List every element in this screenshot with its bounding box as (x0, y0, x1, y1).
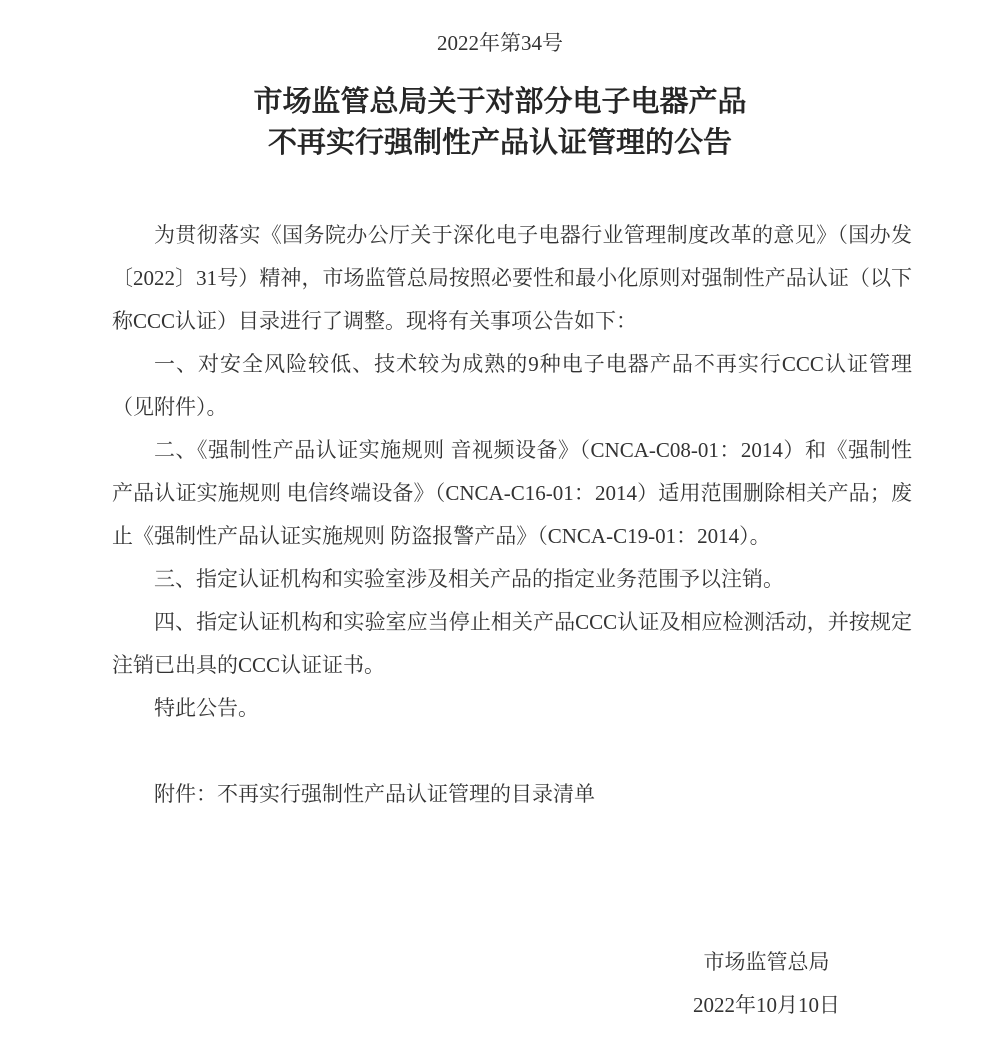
doc-title-line-2: 不再实行强制性产品认证管理的公告 (0, 123, 1000, 164)
item-4-paragraph: 四、指定认证机构和实验室应当停止相关产品CCC认证及相应检测活动，并按规定注销已… (112, 601, 912, 687)
announcement-page: 2022年第34号 市场监管总局关于对部分电子电器产品 不再实行强制性产品认证管… (0, 0, 1000, 1047)
attachment-line: 附件：不再实行强制性产品认证管理的目录清单 (112, 773, 912, 816)
signature-name: 市场监管总局 (693, 941, 840, 984)
item-3-paragraph: 三、指定认证机构和实验室涉及相关产品的指定业务范围予以注销。 (112, 558, 912, 601)
item-2-paragraph: 二、《强制性产品认证实施规则 音视频设备》（CNCA-C08-01：2014）和… (112, 429, 912, 558)
closing-paragraph: 特此公告。 (112, 687, 912, 730)
doc-title: 市场监管总局关于对部分电子电器产品 不再实行强制性产品认证管理的公告 (0, 82, 1000, 164)
doc-number: 2022年第34号 (0, 30, 1000, 56)
doc-body: 为贯彻落实《国务院办公厅关于深化电子电器行业管理制度改革的意见》（国办发〔202… (112, 214, 912, 1027)
signature-date: 2022年10月10日 (693, 984, 840, 1027)
item-1-paragraph: 一、对安全风险较低、技术较为成熟的9种电子电器产品不再实行CCC认证管理（见附件… (112, 343, 912, 429)
signature-block: 市场监管总局 2022年10月10日 (693, 941, 840, 1027)
doc-title-line-1: 市场监管总局关于对部分电子电器产品 (0, 82, 1000, 123)
intro-paragraph: 为贯彻落实《国务院办公厅关于深化电子电器行业管理制度改革的意见》（国办发〔202… (112, 214, 912, 343)
